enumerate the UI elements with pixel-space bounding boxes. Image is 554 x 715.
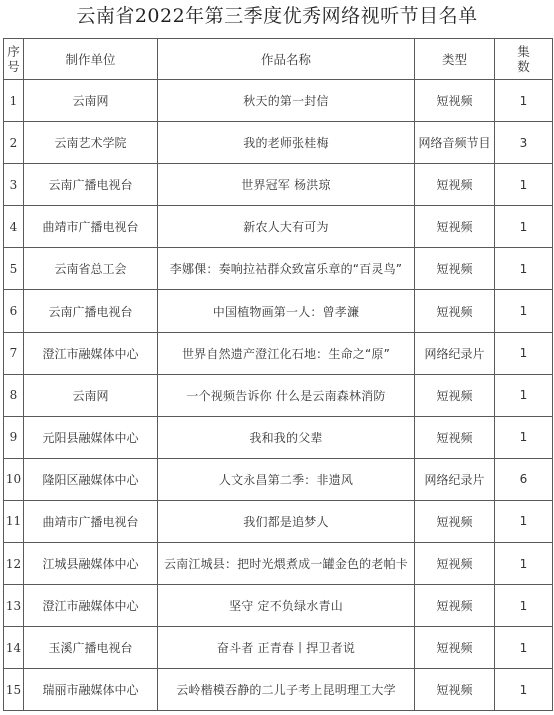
cell-work-title: 云南江城县：把时光煨煮成一罐金色的老帕卡: [158, 543, 415, 585]
header-type: 类型: [415, 39, 495, 80]
table-row: 3 云南广播电视台 世界冠军 杨洪琼 短视频 1: [4, 164, 553, 206]
cell-production-unit: 隆阳区融媒体中心: [24, 458, 158, 500]
cell-type: 短视频: [415, 164, 495, 206]
header-count-line1: 集: [495, 44, 552, 59]
table-row: 5 云南省总工会 李娜倮：奏响拉祜群众致富乐章的“百灵鸟” 短视频 1: [4, 248, 553, 290]
cell-type: 网络纪录片: [415, 332, 495, 374]
table-row: 12 江城县融媒体中心 云南江城县：把时光煨煮成一罐金色的老帕卡 短视频 1: [4, 543, 553, 585]
document-title: 云南省2022年第三季度优秀网络视听节目名单: [0, 4, 554, 28]
cell-serial-number: 13: [4, 585, 24, 627]
cell-work-title: 中国植物画第一人：曾孝濂: [158, 290, 415, 332]
cell-production-unit: 澄江市融媒体中心: [24, 332, 158, 374]
cell-episode-count: 1: [495, 669, 553, 711]
cell-episode-count: 1: [495, 332, 553, 374]
cell-type: 短视频: [415, 248, 495, 290]
table-row: 2 云南艺术学院 我的老师张桂梅 网络音频节目 3: [4, 122, 553, 164]
cell-type: 短视频: [415, 627, 495, 669]
cell-episode-count: 1: [495, 248, 553, 290]
cell-type: 短视频: [415, 500, 495, 542]
cell-production-unit: 瑞丽市融媒体中心: [24, 669, 158, 711]
cell-production-unit: 云南广播电视台: [24, 164, 158, 206]
cell-production-unit: 曲靖市广播电视台: [24, 206, 158, 248]
header-production-unit: 制作单位: [24, 39, 158, 80]
table-row: 9 元阳县融媒体中心 我和我的父辈 短视频 1: [4, 416, 553, 458]
cell-serial-number: 7: [4, 332, 24, 374]
table-row: 8 云南网 一个视频告诉你 什么是云南森林消防 短视频 1: [4, 374, 553, 416]
cell-serial-number: 8: [4, 374, 24, 416]
cell-production-unit: 江城县融媒体中心: [24, 543, 158, 585]
cell-serial-number: 6: [4, 290, 24, 332]
cell-episode-count: 1: [495, 500, 553, 542]
cell-serial-number: 10: [4, 458, 24, 500]
cell-type: 短视频: [415, 206, 495, 248]
cell-work-title: 我和我的父辈: [158, 416, 415, 458]
cell-type: 短视频: [415, 416, 495, 458]
cell-work-title: 世界自然遗产澄江化石地：生命之“原”: [158, 332, 415, 374]
table-row: 4 曲靖市广播电视台 新农人大有可为 短视频 1: [4, 206, 553, 248]
header-serial-line2: 号: [4, 59, 23, 74]
cell-type: 短视频: [415, 80, 495, 122]
cell-serial-number: 5: [4, 248, 24, 290]
cell-episode-count: 1: [495, 290, 553, 332]
header-serial-number: 序 号: [4, 39, 24, 80]
cell-serial-number: 2: [4, 122, 24, 164]
cell-production-unit: 澄江市融媒体中心: [24, 585, 158, 627]
cell-type: 短视频: [415, 543, 495, 585]
cell-production-unit: 云南网: [24, 374, 158, 416]
header-work-title: 作品名称: [158, 39, 415, 80]
cell-work-title: 世界冠军 杨洪琼: [158, 164, 415, 206]
cell-production-unit: 玉溪广播电视台: [24, 627, 158, 669]
table-row: 14 玉溪广播电视台 奋斗者 正青春丨捍卫者说 短视频 1: [4, 627, 553, 669]
cell-serial-number: 1: [4, 80, 24, 122]
cell-work-title: 李娜倮：奏响拉祜群众致富乐章的“百灵鸟”: [158, 248, 415, 290]
cell-serial-number: 3: [4, 164, 24, 206]
table-row: 13 澄江市融媒体中心 坚守 定不负绿水青山 短视频 1: [4, 585, 553, 627]
cell-type: 网络纪录片: [415, 458, 495, 500]
cell-episode-count: 1: [495, 164, 553, 206]
cell-work-title: 坚守 定不负绿水青山: [158, 585, 415, 627]
cell-episode-count: 1: [495, 374, 553, 416]
cell-work-title: 云岭楷模吞静的二儿子考上昆明理工大学: [158, 669, 415, 711]
table-row: 1 云南网 秋天的第一封信 短视频 1: [4, 80, 553, 122]
table-row: 7 澄江市融媒体中心 世界自然遗产澄江化石地：生命之“原” 网络纪录片 1: [4, 332, 553, 374]
header-episode-count: 集 数: [495, 39, 553, 80]
cell-production-unit: 曲靖市广播电视台: [24, 500, 158, 542]
cell-serial-number: 12: [4, 543, 24, 585]
cell-production-unit: 云南广播电视台: [24, 290, 158, 332]
cell-type: 网络音频节目: [415, 122, 495, 164]
cell-type: 短视频: [415, 585, 495, 627]
table-row: 10 隆阳区融媒体中心 人文永昌第二季：非遗风 网络纪录片 6: [4, 458, 553, 500]
cell-serial-number: 11: [4, 500, 24, 542]
header-count-line2: 数: [495, 59, 552, 74]
cell-episode-count: 1: [495, 543, 553, 585]
cell-production-unit: 云南网: [24, 80, 158, 122]
cell-work-title: 人文永昌第二季：非遗风: [158, 458, 415, 500]
cell-episode-count: 1: [495, 416, 553, 458]
cell-episode-count: 1: [495, 627, 553, 669]
cell-serial-number: 14: [4, 627, 24, 669]
cell-production-unit: 云南省总工会: [24, 248, 158, 290]
cell-type: 短视频: [415, 374, 495, 416]
header-serial-line1: 序: [4, 44, 23, 59]
cell-work-title: 我们都是追梦人: [158, 500, 415, 542]
cell-episode-count: 1: [495, 80, 553, 122]
table-body: 1 云南网 秋天的第一封信 短视频 1 2 云南艺术学院 我的老师张桂梅 网络音…: [4, 80, 553, 711]
cell-serial-number: 4: [4, 206, 24, 248]
cell-work-title: 奋斗者 正青春丨捍卫者说: [158, 627, 415, 669]
cell-production-unit: 云南艺术学院: [24, 122, 158, 164]
cell-serial-number: 9: [4, 416, 24, 458]
program-list-table: 序 号 制作单位 作品名称 类型 集 数 1 云南网 秋天的第一封信 短视频 1…: [3, 38, 553, 711]
table-header-row: 序 号 制作单位 作品名称 类型 集 数: [4, 39, 553, 80]
table-row: 6 云南广播电视台 中国植物画第一人：曾孝濂 短视频 1: [4, 290, 553, 332]
table-row: 15 瑞丽市融媒体中心 云岭楷模吞静的二儿子考上昆明理工大学 短视频 1: [4, 669, 553, 711]
cell-work-title: 秋天的第一封信: [158, 80, 415, 122]
cell-episode-count: 3: [495, 122, 553, 164]
cell-work-title: 新农人大有可为: [158, 206, 415, 248]
cell-episode-count: 1: [495, 206, 553, 248]
cell-episode-count: 6: [495, 458, 553, 500]
cell-episode-count: 1: [495, 585, 553, 627]
cell-serial-number: 15: [4, 669, 24, 711]
cell-work-title: 一个视频告诉你 什么是云南森林消防: [158, 374, 415, 416]
cell-type: 短视频: [415, 290, 495, 332]
cell-production-unit: 元阳县融媒体中心: [24, 416, 158, 458]
cell-type: 短视频: [415, 669, 495, 711]
cell-work-title: 我的老师张桂梅: [158, 122, 415, 164]
table-row: 11 曲靖市广播电视台 我们都是追梦人 短视频 1: [4, 500, 553, 542]
